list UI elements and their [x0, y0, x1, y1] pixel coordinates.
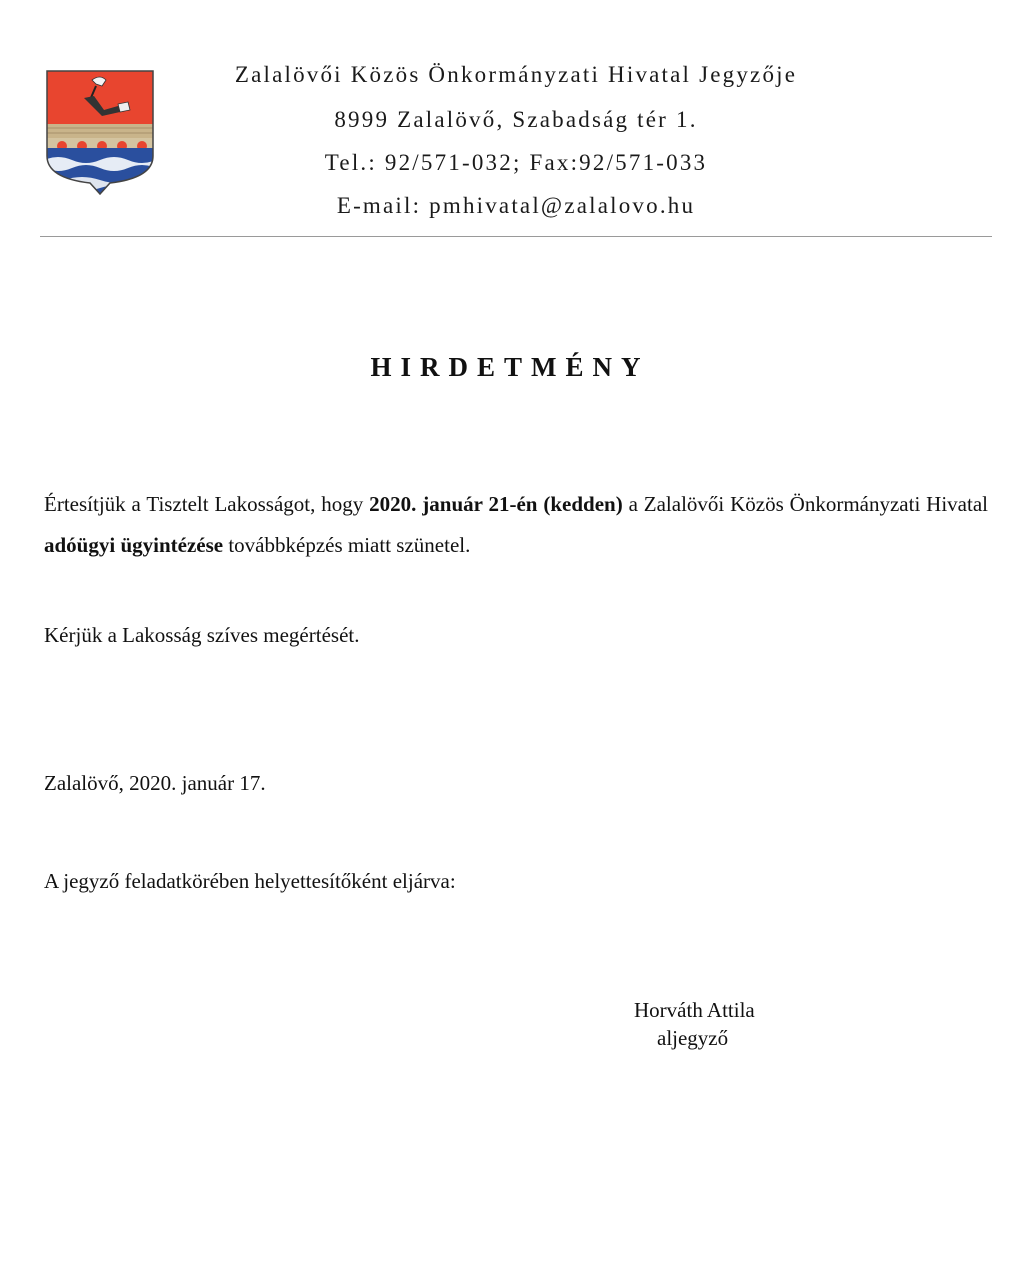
office-phone-fax: Tel.: 92/571-032; Fax:92/571-033	[160, 150, 872, 176]
coat-of-arms-icon	[44, 68, 156, 198]
understanding-paragraph: Kérjük a Lakosság szíves megértését.	[44, 615, 988, 656]
signatory-name: Horváth Attila	[634, 996, 755, 1024]
affected-service: adóügyi ügyintézése	[44, 533, 223, 557]
office-email: E-mail: pmhivatal@zalalovo.hu	[160, 193, 872, 219]
closure-date: 2020. január 21-én (kedden)	[369, 492, 623, 516]
announcement-paragraph: Értesítjük a Tisztelt Lakosságot, hogy 2…	[44, 484, 988, 566]
signatory-role: aljegyző	[657, 1024, 728, 1052]
document-title: HIRDETMÉNY	[0, 352, 1020, 383]
office-address: 8999 Zalalövő, Szabadság tér 1.	[160, 107, 872, 133]
header-divider	[40, 236, 992, 237]
office-name: Zalalövői Közös Önkormányzati Hivatal Je…	[160, 62, 872, 88]
acting-line: A jegyző feladatkörében helyettesítőként…	[44, 861, 988, 902]
date-line: Zalalövő, 2020. január 17.	[44, 763, 988, 804]
